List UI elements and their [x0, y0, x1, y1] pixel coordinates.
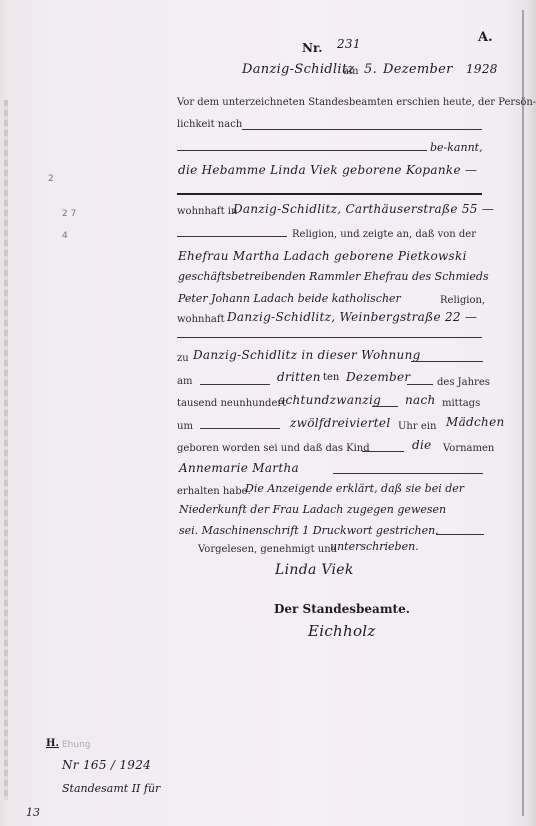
- margin-pencil-note: 4: [62, 231, 68, 241]
- registry-year: 1928: [466, 62, 498, 76]
- den-word: ten: [323, 372, 339, 383]
- parents-residence-label: wohnhaft: [177, 314, 225, 325]
- registry-month: Dezember: [383, 62, 453, 77]
- year-label: des Jahres: [437, 377, 490, 388]
- child-sex: Mädchen: [446, 415, 505, 429]
- residence-label: wohnhaft in: [177, 206, 237, 217]
- official-signature: Eichholz: [308, 622, 376, 640]
- registry-day: 5.: [364, 62, 377, 77]
- mother-name: Ehefrau Martha Ladach geborene Pietkowsk…: [178, 249, 467, 263]
- margin-pencil-note: 2: [48, 174, 54, 184]
- child-article: die: [412, 438, 432, 452]
- blank-line: [436, 534, 484, 535]
- registry-place: Danzig-Schidlitz: [242, 62, 355, 77]
- declarant-residence: Danzig-Schidlitz, Carthäuserstraße 55 —: [233, 202, 494, 216]
- remark-line-1: Die Anzeigende erklärt, daß sie bei der: [245, 482, 464, 495]
- mother-occupation: geschäftsbetreibenden Rammler Ehefrau de…: [178, 270, 489, 283]
- time-prefix: um: [177, 421, 193, 432]
- document-page: A. Nr. 231 Danzig-Schidlitz am 5. Dezemb…: [0, 0, 536, 826]
- page-number: 13: [26, 806, 40, 819]
- blank-line: [333, 473, 483, 474]
- born-line: geboren worden sei und daß das Kind: [177, 443, 370, 454]
- birth-place-prefix: zu: [177, 353, 189, 364]
- birth-year-words: achtundzwanzig: [278, 393, 381, 407]
- corner-letter: A.: [478, 30, 493, 45]
- birth-date-prefix: am: [177, 376, 192, 387]
- received-label: erhalten habe.: [177, 486, 251, 497]
- father-name: Peter Johann Ladach beide katholischer: [178, 292, 401, 305]
- date-prefix: am: [343, 66, 358, 77]
- birth-time: zwölfdreiviertel: [290, 416, 390, 430]
- blank-line: [200, 428, 280, 429]
- declarant-signature: Linda Viek: [275, 562, 354, 578]
- intro-line-2: lichkeit nach: [177, 119, 242, 130]
- parents-residence: Danzig-Schidlitz, Weinbergstraße 22 —: [227, 310, 477, 324]
- am-pm: nach: [405, 393, 436, 407]
- given-names-label: Vornamen: [443, 443, 494, 454]
- blank-line: [177, 337, 482, 338]
- time-suffix: Uhr ein: [398, 421, 436, 432]
- read-approved-signed: unterschrieben.: [330, 540, 419, 553]
- read-approved: Vorgelesen, genehmigt und: [198, 544, 337, 555]
- religion-line: Religion, und zeigte an, daß von der: [292, 229, 476, 240]
- intro-line-1: Vor dem unterzeichneten Standesbeamten e…: [177, 97, 536, 108]
- margin-prefix: H.: [46, 738, 59, 749]
- blank-line: [177, 193, 482, 195]
- margin-faded-note: Ehung: [62, 740, 91, 750]
- blank-line: [411, 361, 483, 362]
- blank-line: [362, 451, 404, 452]
- religion-word: Religion,: [440, 295, 485, 306]
- remark-line-2: Niederkunft der Frau Ladach zugegen gewe…: [179, 503, 446, 516]
- birth-month: Dezember: [346, 370, 410, 384]
- am-pm-suffix: mittags: [442, 398, 480, 409]
- official-title: Der Standesbeamte.: [274, 602, 410, 616]
- remark-line-3: sei. Maschinenschrift 1 Druckwort gestri…: [179, 524, 439, 537]
- birth-place: Danzig-Schidlitz in dieser Wohnung: [193, 348, 421, 362]
- thousand-label: tausend neunhundert: [177, 398, 286, 409]
- declarant-name: die Hebamme Linda Viek geborene Kopanke …: [178, 163, 477, 177]
- birth-day: dritten: [277, 370, 321, 384]
- blank-line: [177, 236, 287, 237]
- blank-line: [407, 384, 433, 385]
- page-edge: [522, 10, 524, 816]
- margin-reference-2: Standesamt II für: [62, 782, 160, 795]
- blank-line: [200, 384, 270, 385]
- record-number-label: Nr.: [302, 41, 322, 55]
- blank-line: [242, 129, 482, 130]
- child-given-names: Annemarie Martha: [179, 461, 299, 475]
- blank-line: [177, 150, 427, 151]
- margin-pencil-note: 2 7: [62, 209, 76, 219]
- binding-edge: [4, 100, 8, 800]
- margin-reference-1: Nr 165 / 1924: [62, 758, 151, 772]
- record-number: 231: [337, 37, 361, 51]
- blank-line: [372, 406, 398, 407]
- known-suffix: be-kannt,: [430, 141, 483, 154]
